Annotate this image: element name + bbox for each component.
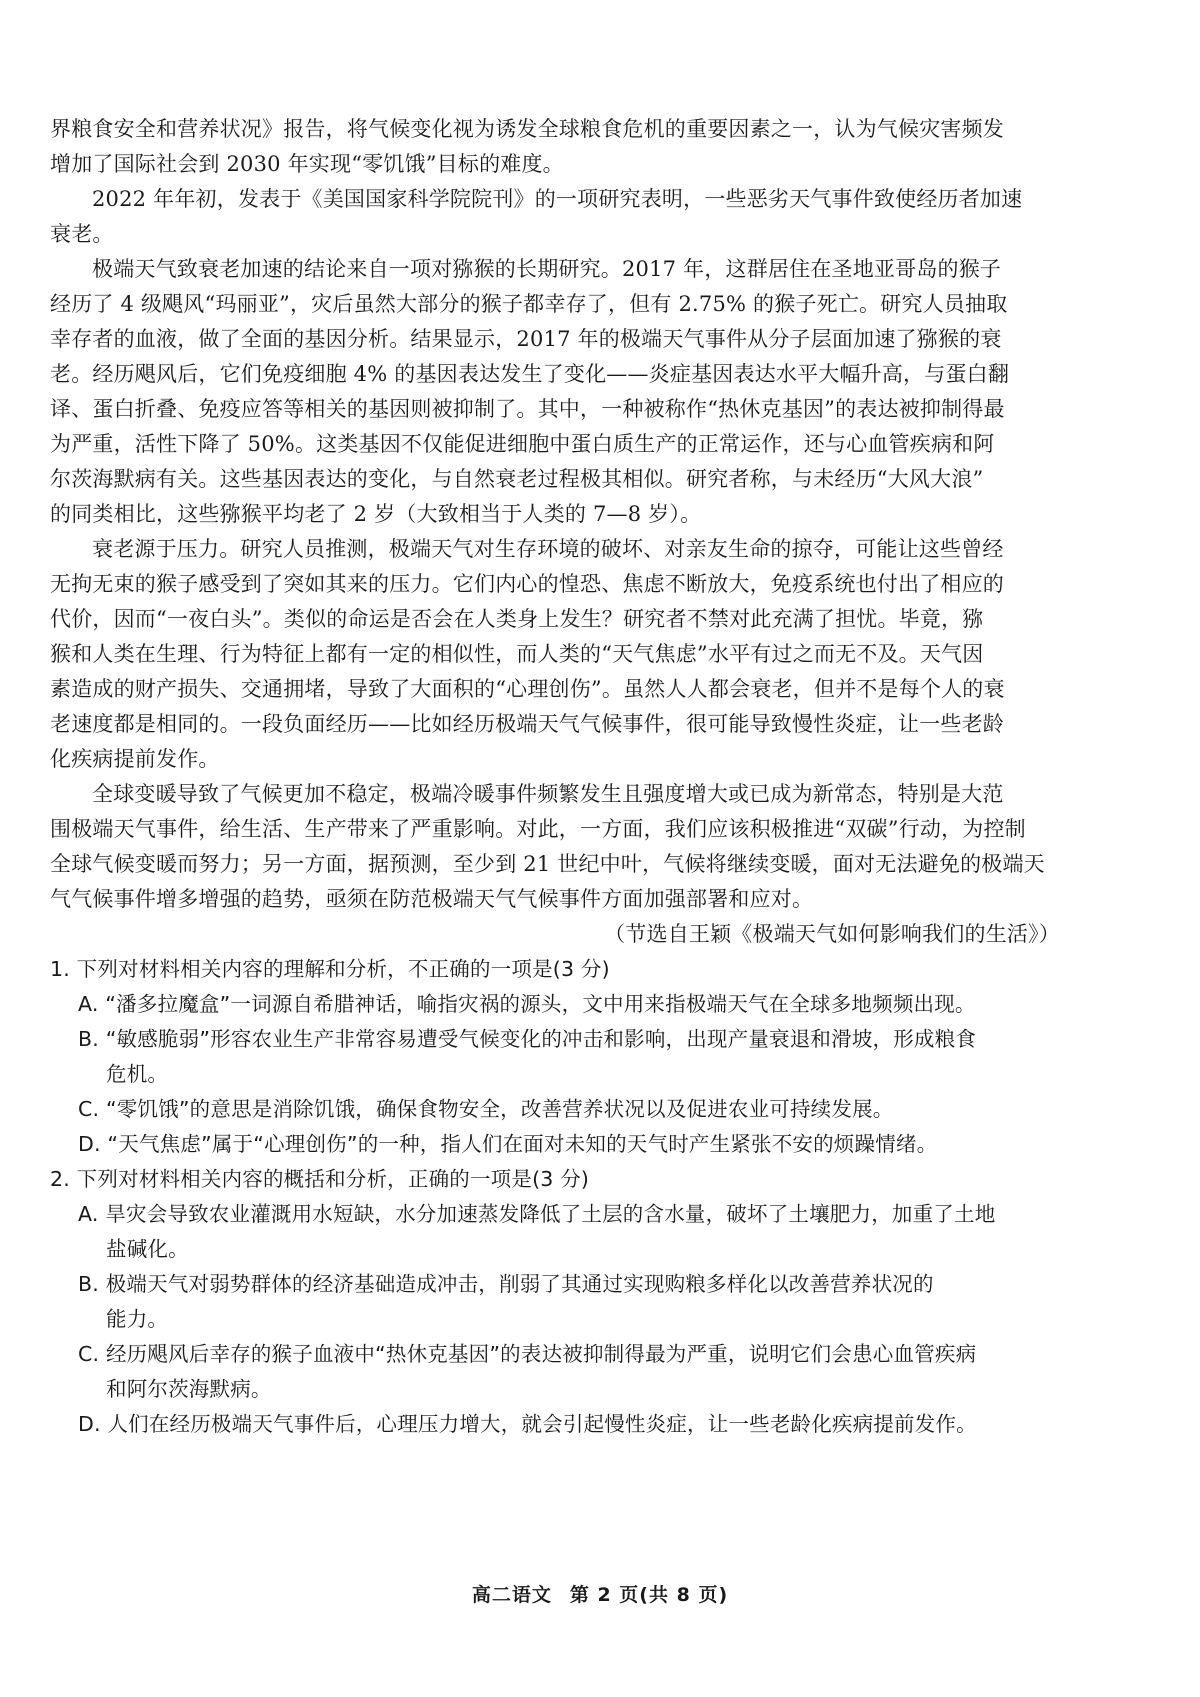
- text-line: 幸存者的血液，做了全面的基因分析。结果显示，2017 年的极端天气事件从分子层面…: [50, 322, 1060, 357]
- text-line: 增加了国际社会到 2030 年实现“零饥饿”目标的难度。: [50, 147, 1060, 182]
- text-line: 代价，因而“一夜白头”。类似的命运是否会在人类身上发生？研究者不禁对此充满了担忧…: [50, 602, 1060, 637]
- text-line: 2022 年年初，发表于《美国国家科学院院刊》的一项研究表明，一些恶劣天气事件致…: [50, 182, 1060, 217]
- option-a: A. “潘多拉魔盒”一词源自希腊神话，喻指灾祸的源头，文中用来指极端天气在全球多…: [50, 987, 1060, 1022]
- text-line: 为严重，活性下降了 50%。这类基因不仅能促进细胞中蛋白质生产的正常运作，还与心…: [50, 427, 1060, 462]
- option-b-continued: 危机。: [50, 1057, 1060, 1092]
- passage-paragraph: 界粮食安全和营养状况》报告，将气候变化视为诱发全球粮食危机的重要因素之一，认为气…: [50, 112, 1060, 182]
- text-line: 老速度都是相同的。一段负面经历——比如经历极端天气气候事件，很可能导致慢性炎症，…: [50, 707, 1060, 742]
- text-line: 老。经历飓风后，它们免疫细胞 4% 的基因表达发生了变化——炎症基因表达水平大幅…: [50, 357, 1060, 392]
- option-d: D. “天气焦虑”属于“心理创伤”的一种，指人们在面对未知的天气时产生紧张不安的…: [50, 1127, 1060, 1162]
- text-line: 界粮食安全和营养状况》报告，将气候变化视为诱发全球粮食危机的重要因素之一，认为气…: [50, 112, 1060, 147]
- option-b: B. “敏感脆弱”形容农业生产非常容易遭受气候变化的冲击和影响，出现产量衰退和滑…: [50, 1022, 1060, 1057]
- exam-page: 界粮食安全和营养状况》报告，将气候变化视为诱发全球粮食危机的重要因素之一，认为气…: [50, 112, 1060, 1442]
- text-line: 素造成的财产损失、交通拥堵，导致了大面积的“心理创伤”。虽然人人都会衰老，但并不…: [50, 672, 1060, 707]
- footer-subject: 高二语文: [472, 1584, 552, 1606]
- passage-paragraph: 极端天气致衰老加速的结论来自一项对猕猴的长期研究。2017 年，这群居住在圣地亚…: [50, 252, 1060, 532]
- text-line: 全球气候变暖而努力；另一方面，据预测，至少到 21 世纪中叶，气候将继续变暖，面…: [50, 847, 1060, 882]
- question-stem: 1. 下列对材料相关内容的理解和分析，不正确的一项是(3 分): [50, 952, 1060, 987]
- text-line: 的同类相比，这些猕猴平均老了 2 岁（大致相当于人类的 7—8 岁）。: [50, 497, 1060, 532]
- text-line: 猴和人类在生理、行为特征上都有一定的相似性，而人类的“天气焦虑”水平有过之而无不…: [50, 637, 1060, 672]
- text-line: 译、蛋白折叠、免疫应答等相关的基因则被抑制了。其中，一种被称作“热休克基因”的表…: [50, 392, 1060, 427]
- option-a: A. 旱灾会导致农业灌溉用水短缺，水分加速蒸发降低了土层的含水量，破坏了土壤肥力…: [50, 1197, 1060, 1232]
- text-line: 经历了 4 级飓风“玛丽亚”，灾后虽然大部分的猴子都幸存了，但有 2.75% 的…: [50, 287, 1060, 322]
- option-d: D. 人们在经历极端天气事件后，心理压力增大，就会引起慢性炎症，让一些老龄化疾病…: [50, 1407, 1060, 1442]
- question-2: 2. 下列对材料相关内容的概括和分析，正确的一项是(3 分) A. 旱灾会导致农…: [50, 1162, 1060, 1442]
- option-a-continued: 盐碱化。: [50, 1232, 1060, 1267]
- footer-page-number: 第 2 页(共 8 页): [570, 1584, 728, 1606]
- option-c: C. “零饥饿”的意思是消除饥饿，确保食物安全，改善营养状况以及促进农业可持续发…: [50, 1092, 1060, 1127]
- text-line: 衰老。: [50, 217, 1060, 252]
- text-line: 无拘无束的猴子感受到了突如其来的压力。它们内心的惶恐、焦虑不断放大，免疫系统也付…: [50, 567, 1060, 602]
- text-line: 围极端天气事件，给生活、生产带来了严重影响。对此，一方面，我们应该积极推进“双碳…: [50, 812, 1060, 847]
- page-footer: 高二语文第 2 页(共 8 页): [0, 1580, 1200, 1607]
- question-stem: 2. 下列对材料相关内容的概括和分析，正确的一项是(3 分): [50, 1162, 1060, 1197]
- question-1: 1. 下列对材料相关内容的理解和分析，不正确的一项是(3 分) A. “潘多拉魔…: [50, 952, 1060, 1162]
- passage-source: （节选自王颖《极端天气如何影响我们的生活》）: [50, 917, 1060, 952]
- option-c: C. 经历飓风后幸存的猴子血液中“热休克基因”的表达被抑制得最为严重，说明它们会…: [50, 1337, 1060, 1372]
- text-line: 极端天气致衰老加速的结论来自一项对猕猴的长期研究。2017 年，这群居住在圣地亚…: [50, 252, 1060, 287]
- text-line: 气气候事件增多增强的趋势，亟须在防范极端天气气候事件方面加强部署和应对。: [50, 882, 1060, 917]
- text-line: 化疾病提前发作。: [50, 742, 1060, 777]
- option-c-continued: 和阿尔茨海默病。: [50, 1372, 1060, 1407]
- passage-paragraph: 衰老源于压力。研究人员推测，极端天气对生存环境的破坏、对亲友生命的掠夺，可能让这…: [50, 532, 1060, 777]
- text-line: 全球变暖导致了气候更加不稳定，极端冷暖事件频繁发生且强度增大或已成为新常态，特别…: [50, 777, 1060, 812]
- option-b: B. 极端天气对弱势群体的经济基础造成冲击，削弱了其通过实现购粮多样化以改善营养…: [50, 1267, 1060, 1302]
- option-b-continued: 能力。: [50, 1302, 1060, 1337]
- passage-paragraph: 全球变暖导致了气候更加不稳定，极端冷暖事件频繁发生且强度增大或已成为新常态，特别…: [50, 777, 1060, 917]
- passage-paragraph: 2022 年年初，发表于《美国国家科学院院刊》的一项研究表明，一些恶劣天气事件致…: [50, 182, 1060, 252]
- text-line: 尔茨海默病有关。这些基因表达的变化，与自然衰老过程极其相似。研究者称，与未经历“…: [50, 462, 1060, 497]
- text-line: 衰老源于压力。研究人员推测，极端天气对生存环境的破坏、对亲友生命的掠夺，可能让这…: [50, 532, 1060, 567]
